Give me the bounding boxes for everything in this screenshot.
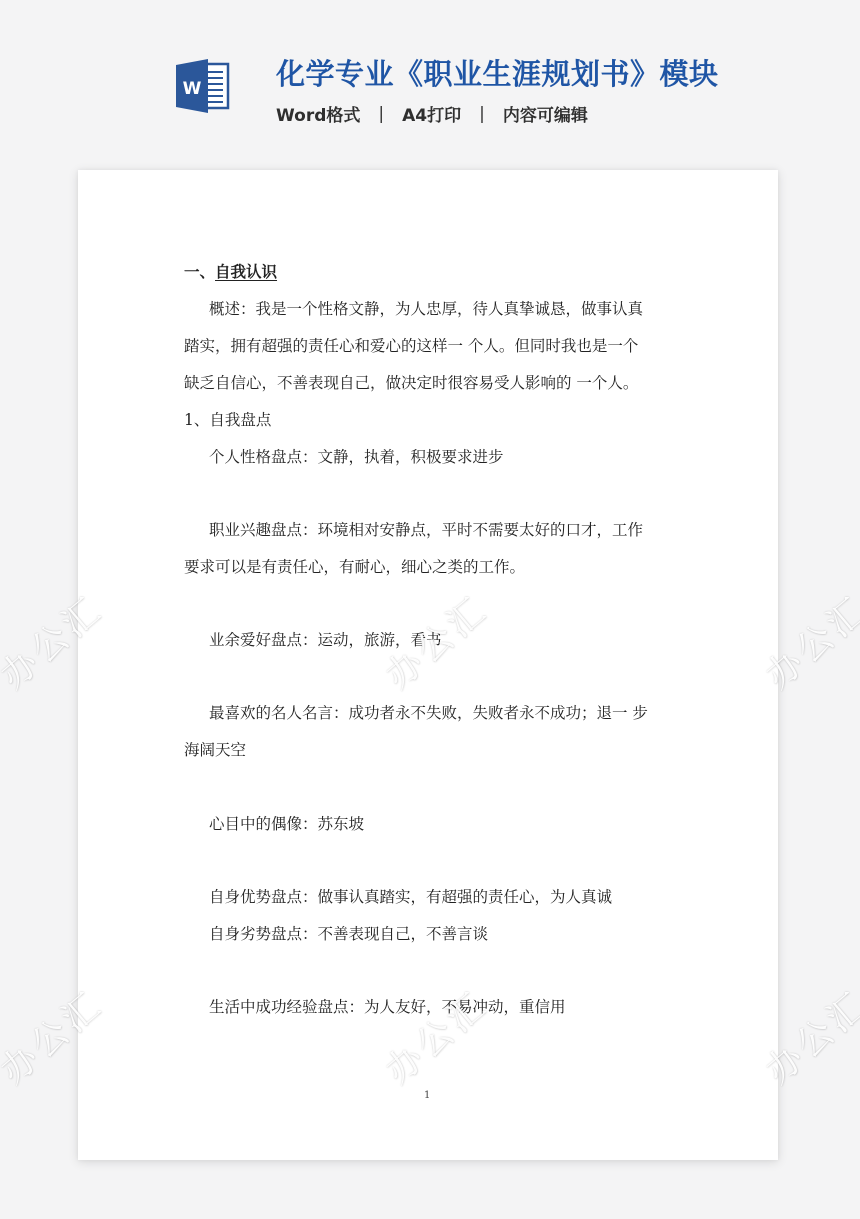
tag-separator: |: [479, 104, 485, 124]
feature-tags: Word格式 | A4打印 | 内容可编辑: [276, 101, 588, 126]
paragraph-line: 要求可以是有责任心，有耐心，细心之类的工作。: [184, 557, 525, 577]
tag-separator: |: [378, 104, 384, 124]
tag-format: Word格式: [276, 101, 360, 126]
heading-number: 一、: [184, 263, 215, 281]
subsection-heading: 1、自我盘点: [184, 410, 271, 430]
tag-editable: 内容可编辑: [503, 101, 588, 126]
paragraph-line: 个人性格盘点：文静，执着，积极要求进步: [209, 447, 504, 467]
paragraph-line: 生活中成功经验盘点：为人友好，不易冲动，重信用: [209, 997, 566, 1017]
page-title: 化学专业《职业生涯规划书》模块: [276, 52, 719, 93]
paragraph-line: 概述：我是一个性格文静，为人忠厚，待人真挚诚恳，做事认真: [209, 299, 643, 319]
tag-print: A4打印: [402, 101, 461, 126]
document-page: 一、自我认识 概述：我是一个性格文静，为人忠厚，待人真挚诚恳，做事认真 踏实，拥…: [78, 170, 778, 1160]
paragraph-line: 最喜欢的名人名言：成功者永不失败，失败者永不成功；退一 步: [209, 703, 648, 723]
word-document-icon: W: [174, 58, 232, 114]
heading-text: 自我认识: [215, 263, 277, 281]
paragraph-line: 自身优势盘点：做事认真踏实，有超强的责任心，为人真诚: [209, 887, 612, 907]
paragraph-line: 职业兴趣盘点：环境相对安静点，平时不需要太好的口才，工作: [209, 520, 643, 540]
paragraph-line: 踏实，拥有超强的责任心和爱心的这样一 个人。但同时我也是一个: [184, 336, 638, 356]
section-heading: 一、自我认识: [184, 262, 277, 282]
paragraph-line: 业余爱好盘点：运动，旅游，看书: [209, 630, 442, 650]
paragraph-line: 海阔天空: [184, 740, 246, 760]
paragraph-line: 心目中的偶像：苏东坡: [209, 814, 364, 834]
paragraph-line: 自身劣势盘点：不善表现自己，不善言谈: [209, 924, 488, 944]
header-banner: W 化学专业《职业生涯规划书》模块 Word格式 | A4打印 | 内容可编辑: [0, 0, 860, 170]
svg-text:W: W: [183, 79, 202, 99]
paragraph-line: 缺乏自信心，不善表现自己，做决定时很容易受人影响的 一个人。: [184, 373, 638, 393]
page-number: 1: [424, 1090, 430, 1101]
